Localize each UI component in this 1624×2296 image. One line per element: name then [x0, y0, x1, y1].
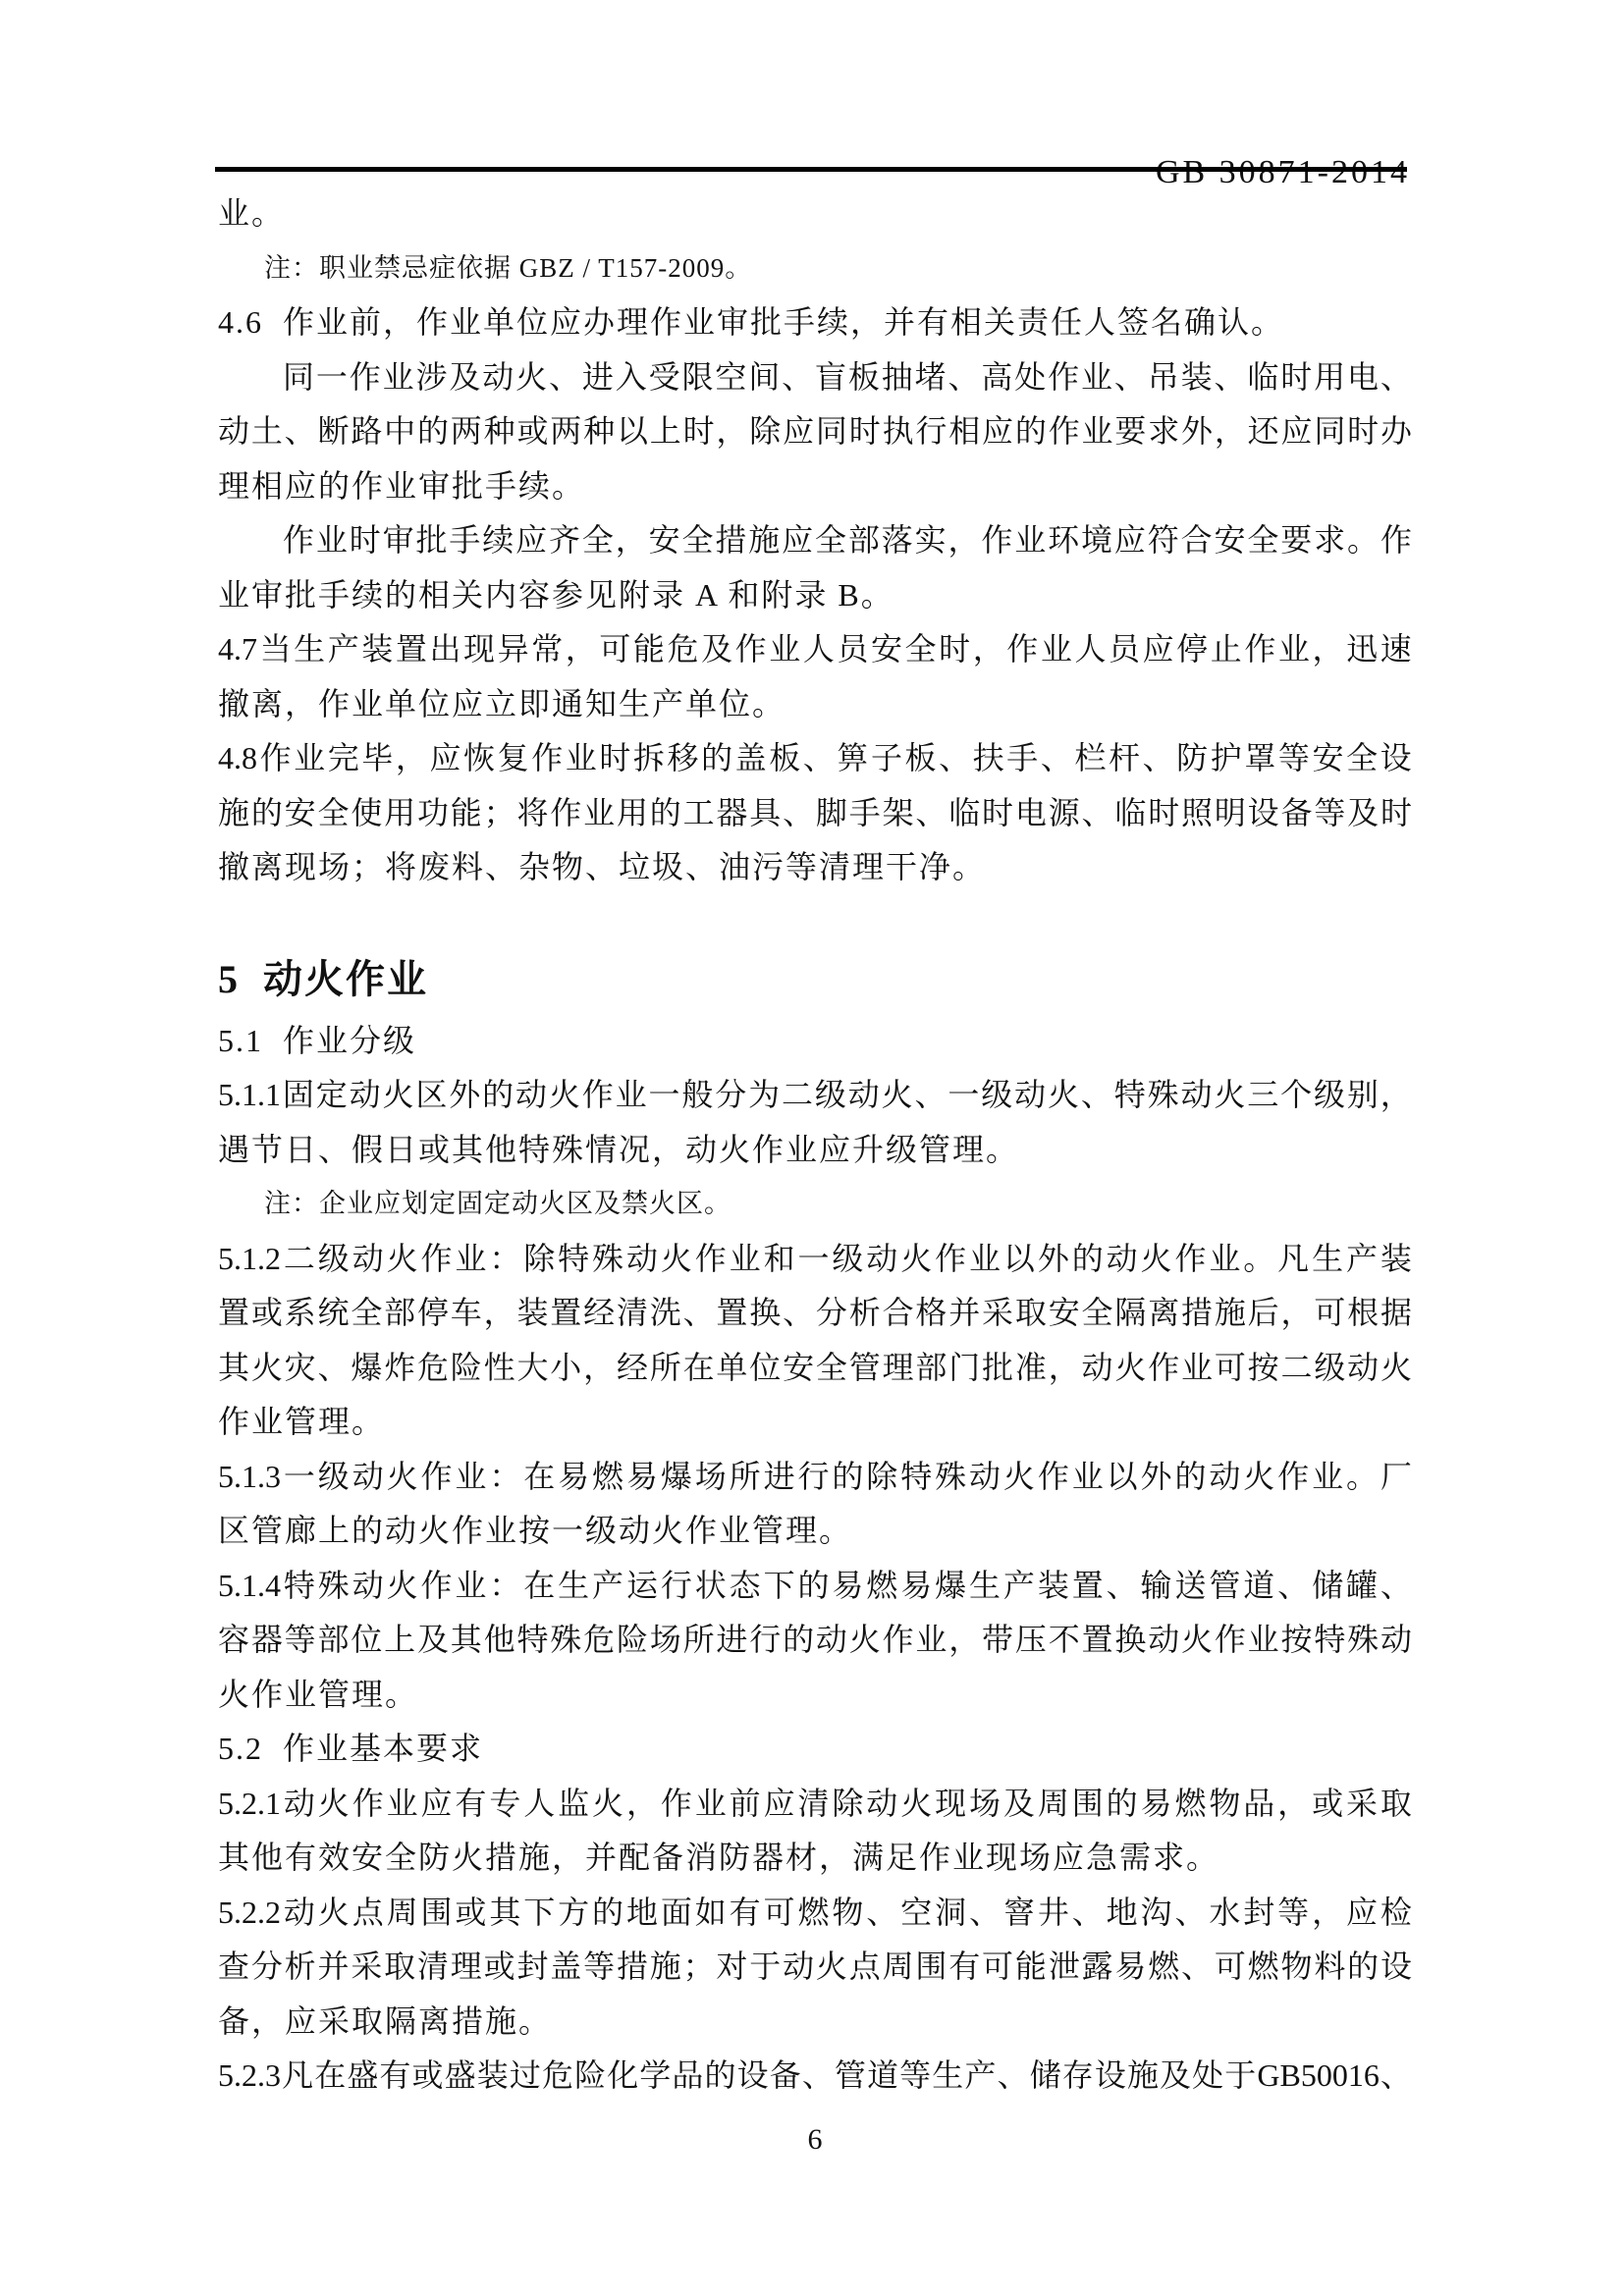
text-line: 同一作业涉及动火、进入受限空间、盲板抽堵、高处作业、吊装、临时用电、	[218, 350, 1412, 405]
text-line: 5.1 作业分级	[218, 1014, 1412, 1069]
text-line: 火作业管理。	[218, 1668, 1412, 1723]
document-body: 业。注：职业禁忌症依据 GBZ / T157-2009。4.6 作业前，作业单位…	[218, 187, 1412, 2104]
text-line: 4.6 作业前，作业单位应办理作业审批手续，并有相关责任人签名确认。	[218, 295, 1412, 350]
page-number: 6	[218, 2120, 1412, 2160]
text-line: 5.1.4特殊动火作业：在生产运行状态下的易燃易爆生产装置、输送管道、储罐、	[218, 1559, 1412, 1614]
note-line: 注：职业禁忌症依据 GBZ / T157-2009。	[218, 241, 1412, 296]
text-line: 5.1.1固定动火区外的动火作业一般分为二级动火、一级动火、特殊动火三个级别，	[218, 1068, 1412, 1123]
text-line: 置或系统全部停车，装置经清洗、置换、分析合格并采取安全隔离措施后，可根据	[218, 1286, 1412, 1341]
text-line: 5.2.2动火点周围或其下方的地面如有可燃物、空洞、窨井、地沟、水封等，应检	[218, 1886, 1412, 1941]
text-line: 5.2.3凡在盛有或盛装过危险化学品的设备、管道等生产、储存设施及处于GB500…	[218, 2049, 1412, 2104]
text-line: 理相应的作业审批手续。	[218, 459, 1412, 514]
text-line: 业。	[218, 187, 1412, 241]
text-line: 作业时审批手续应齐全，安全措施应全部落实，作业环境应符合安全要求。作	[218, 513, 1412, 568]
header-rule	[215, 167, 1407, 172]
text-line: 5.1.2二级动火作业：除特殊动火作业和一级动火作业以外的动火作业。凡生产装	[218, 1232, 1412, 1287]
standard-number: GB 30871-2014	[1156, 154, 1410, 190]
text-line: 4.7当生产装置出现异常，可能危及作业人员安全时，作业人员应停止作业，迅速	[218, 622, 1412, 677]
text-line: 撤离现场；将废料、杂物、垃圾、油污等清理干净。	[218, 840, 1412, 895]
text-line: 备，应采取隔离措施。	[218, 1995, 1412, 2050]
text-line: 作业管理。	[218, 1395, 1412, 1450]
note-line: 注：企业应划定固定动火区及禁火区。	[218, 1177, 1412, 1232]
text-line: 其他有效安全防火措施，并配备消防器材，满足作业现场应急需求。	[218, 1831, 1412, 1886]
section-heading: 5 动火作业	[218, 945, 1412, 1014]
text-line: 遇节日、假日或其他特殊情况，动火作业应升级管理。	[218, 1123, 1412, 1178]
text-line: 区管廊上的动火作业按一级动火作业管理。	[218, 1504, 1412, 1559]
text-line: 5.2.1动火作业应有专人监火，作业前应清除动火现场及周围的易燃物品，或采取	[218, 1777, 1412, 1832]
text-line: 施的安全使用功能；将作业用的工器具、脚手架、临时电源、临时照明设备等及时	[218, 786, 1412, 841]
document-page: GB 30871-2014 业。注：职业禁忌症依据 GBZ / T157-200…	[0, 0, 1624, 2296]
text-line: 容器等部位上及其他特殊危险场所进行的动火作业，带压不置换动火作业按特殊动	[218, 1613, 1412, 1668]
text-line: 动土、断路中的两种或两种以上时，除应同时执行相应的作业要求外，还应同时办	[218, 404, 1412, 459]
text-line: 撤离，作业单位应立即通知生产单位。	[218, 677, 1412, 732]
text-line: 5.1.3一级动火作业：在易燃易爆场所进行的除特殊动火作业以外的动火作业。厂	[218, 1450, 1412, 1505]
text-line: 业审批手续的相关内容参见附录 A 和附录 B。	[218, 568, 1412, 623]
text-line: 查分析并采取清理或封盖等措施；对于动火点周围有可能泄露易燃、可燃物料的设	[218, 1940, 1412, 1995]
text-line: 其火灾、爆炸危险性大小，经所在单位安全管理部门批准，动火作业可按二级动火	[218, 1341, 1412, 1396]
text-line: 4.8作业完毕，应恢复作业时拆移的盖板、箅子板、扶手、栏杆、防护罩等安全设	[218, 731, 1412, 786]
text-line: 5.2 作业基本要求	[218, 1722, 1412, 1777]
